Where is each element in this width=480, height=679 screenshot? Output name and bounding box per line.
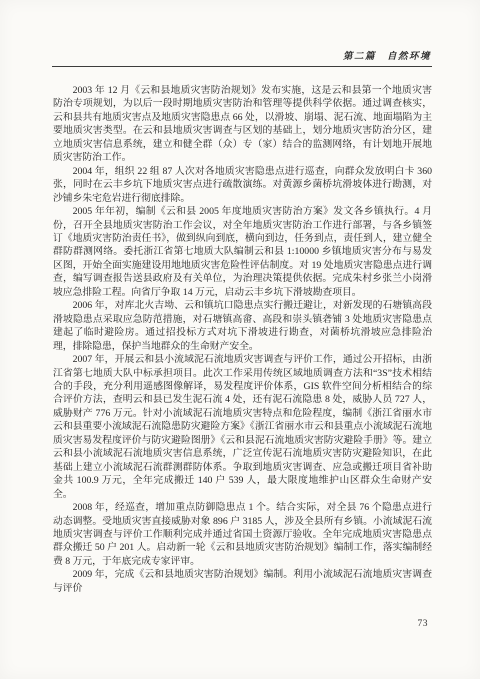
- body-text: 2003 年 12 月《云和县地质灾害防治规划》发布实施，这是云和县第一个地质灾…: [53, 84, 432, 595]
- document-page: 第二篇 自然环境 2003 年 12 月《云和县地质灾害防治规划》发布实施，这是…: [0, 0, 480, 679]
- paragraph-2006: 2006 年，对库北火吉坳、云和镇坑口隐患点实行搬迁避让，对新发现的石塘镇高段滑…: [53, 299, 432, 353]
- paragraph-2007: 2007 年，开展云和县小流域泥石流地质灾害调查与评价工作，通过公开招标，由浙江…: [53, 353, 432, 501]
- paragraph-2003: 2003 年 12 月《云和县地质灾害防治规划》发布实施，这是云和县第一个地质灾…: [53, 84, 432, 165]
- paragraph-2004: 2004 年，组织 22 组 87 人次对各地质灾害隐患点进行巡查，向群众发放明…: [53, 165, 432, 205]
- paragraph-2009: 2009 年，完成《云和县地质灾害防治规划》编制。利用小流域泥石流地质灾害调查与…: [53, 568, 432, 595]
- page-number: 73: [418, 619, 429, 629]
- paragraph-2008: 2008 年，经巡查，增加重点防御隐患点 1 个。结合实际，对全县 76 个隐患…: [53, 501, 432, 568]
- header-divider: [52, 66, 432, 67]
- paragraph-2005: 2005 年年初，编制《云和县 2005 年度地质灾害防治方案》发文各乡镇执行。…: [53, 205, 432, 299]
- running-header: 第二篇 自然环境: [52, 48, 431, 62]
